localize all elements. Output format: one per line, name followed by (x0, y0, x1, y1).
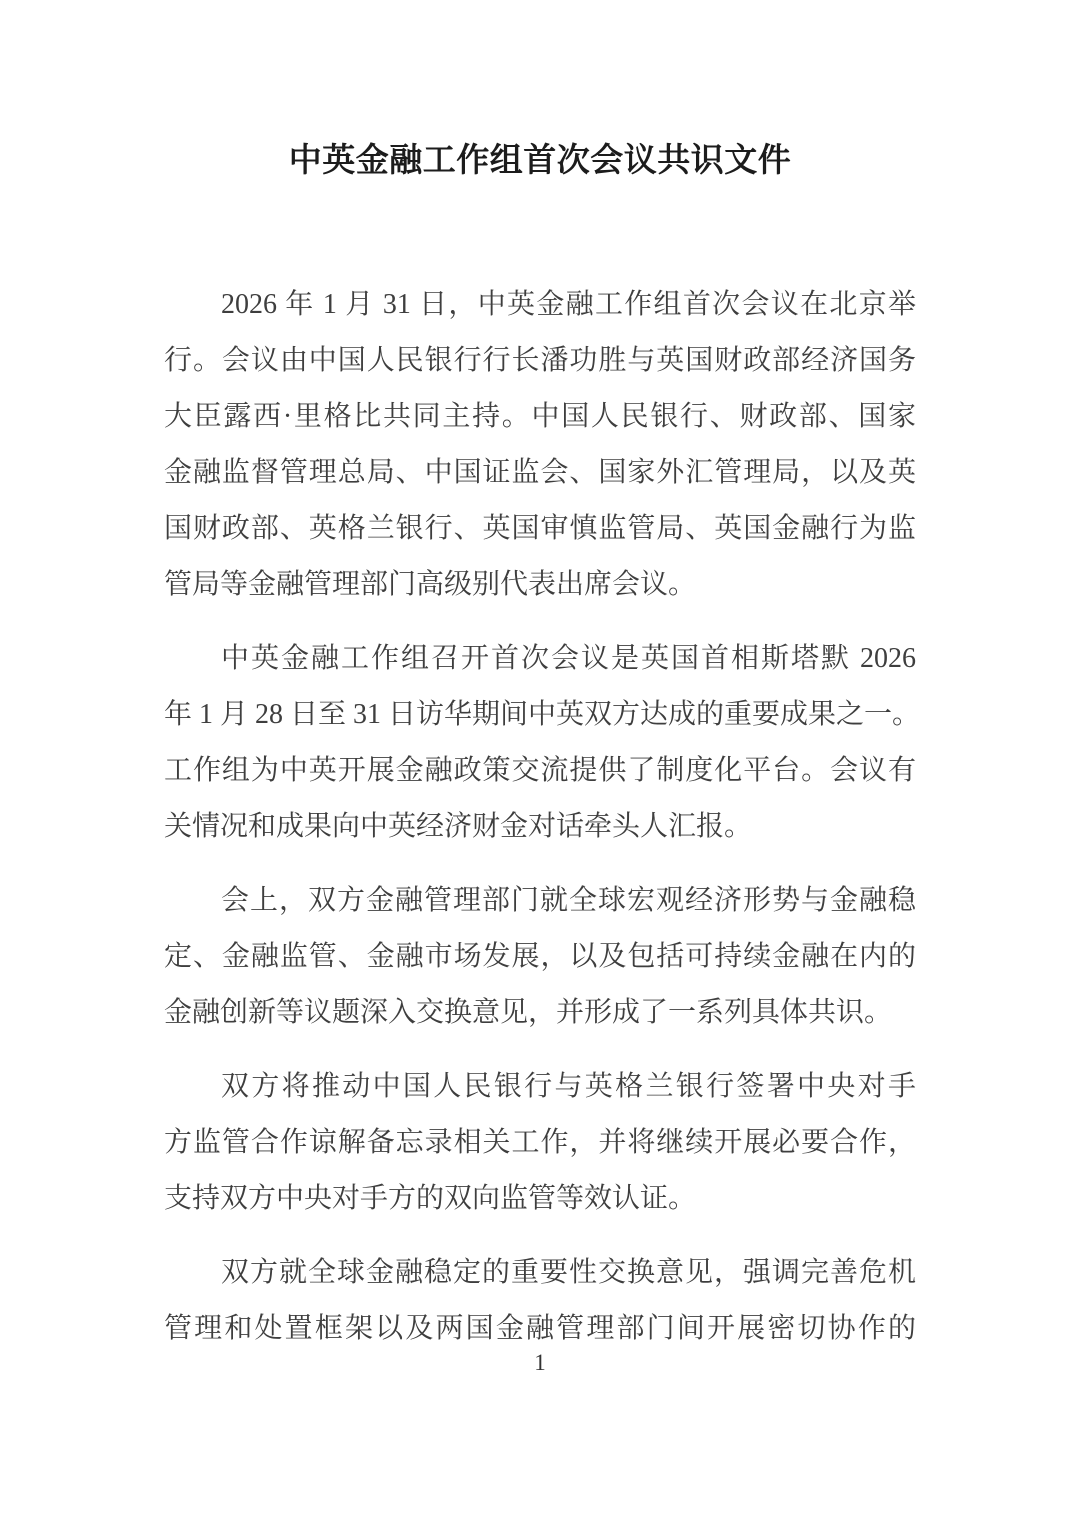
page-number: 1 (0, 1349, 1080, 1377)
document-title: 中英金融工作组首次会议共识文件 (0, 138, 1080, 182)
paragraph-1-line-4: 金融监督管理总局、中国证监会、国家外汇管理局，以及英 (164, 445, 916, 501)
paragraph-4: 双方将推动中国人民银行与英格兰银行签署中央对手 方监管合作谅解备忘录相关工作，并… (164, 1059, 916, 1227)
paragraph-4-line-2: 方监管合作谅解备忘录相关工作，并将继续开展必要合作， (164, 1115, 916, 1171)
paragraph-3-line-3: 金融创新等议题深入交换意见，并形成了一系列具体共识。 (164, 985, 916, 1041)
paragraph-2: 中英金融工作组召开首次会议是英国首相斯塔默 2026 年 1 月 28 日至 3… (164, 631, 916, 855)
paragraph-2-line-4: 关情况和成果向中英经济财金对话牵头人汇报。 (164, 799, 916, 855)
paragraph-1-line-6: 管局等金融管理部门高级别代表出席会议。 (164, 557, 916, 613)
paragraph-4-line-3: 支持双方中央对手方的双向监管等效认证。 (164, 1171, 916, 1227)
paragraph-2-line-3: 工作组为中英开展金融政策交流提供了制度化平台。会议有 (164, 743, 916, 799)
document-body: 2026 年 1 月 31 日，中英金融工作组首次会议在北京举 行。会议由中国人… (164, 277, 916, 1357)
document-page: 中英金融工作组首次会议共识文件 2026 年 1 月 31 日，中英金融工作组首… (0, 0, 1080, 1527)
paragraph-3-line-1: 会上，双方金融管理部门就全球宏观经济形势与金融稳 (164, 873, 916, 929)
paragraph-3-line-2: 定、金融监管、金融市场发展，以及包括可持续金融在内的 (164, 929, 916, 985)
paragraph-4-line-1: 双方将推动中国人民银行与英格兰银行签署中央对手 (164, 1059, 916, 1115)
paragraph-1-line-3: 大臣露西·里格比共同主持。中国人民银行、财政部、国家 (164, 389, 916, 445)
paragraph-1-line-2: 行。会议由中国人民银行行长潘功胜与英国财政部经济国务 (164, 333, 916, 389)
paragraph-5-line-1: 双方就全球金融稳定的重要性交换意见，强调完善危机 (164, 1245, 916, 1301)
paragraph-1-line-1: 2026 年 1 月 31 日，中英金融工作组首次会议在北京举 (164, 277, 916, 333)
paragraph-5: 双方就全球金融稳定的重要性交换意见，强调完善危机 管理和处置框架以及两国金融管理… (164, 1245, 916, 1357)
paragraph-1-line-5: 国财政部、英格兰银行、英国审慎监管局、英国金融行为监 (164, 501, 916, 557)
paragraph-3: 会上，双方金融管理部门就全球宏观经济形势与金融稳 定、金融监管、金融市场发展，以… (164, 873, 916, 1041)
paragraph-2-line-1: 中英金融工作组召开首次会议是英国首相斯塔默 2026 (164, 631, 916, 687)
paragraph-1: 2026 年 1 月 31 日，中英金融工作组首次会议在北京举 行。会议由中国人… (164, 277, 916, 613)
paragraph-2-line-2: 年 1 月 28 日至 31 日访华期间中英双方达成的重要成果之一。 (164, 687, 916, 743)
